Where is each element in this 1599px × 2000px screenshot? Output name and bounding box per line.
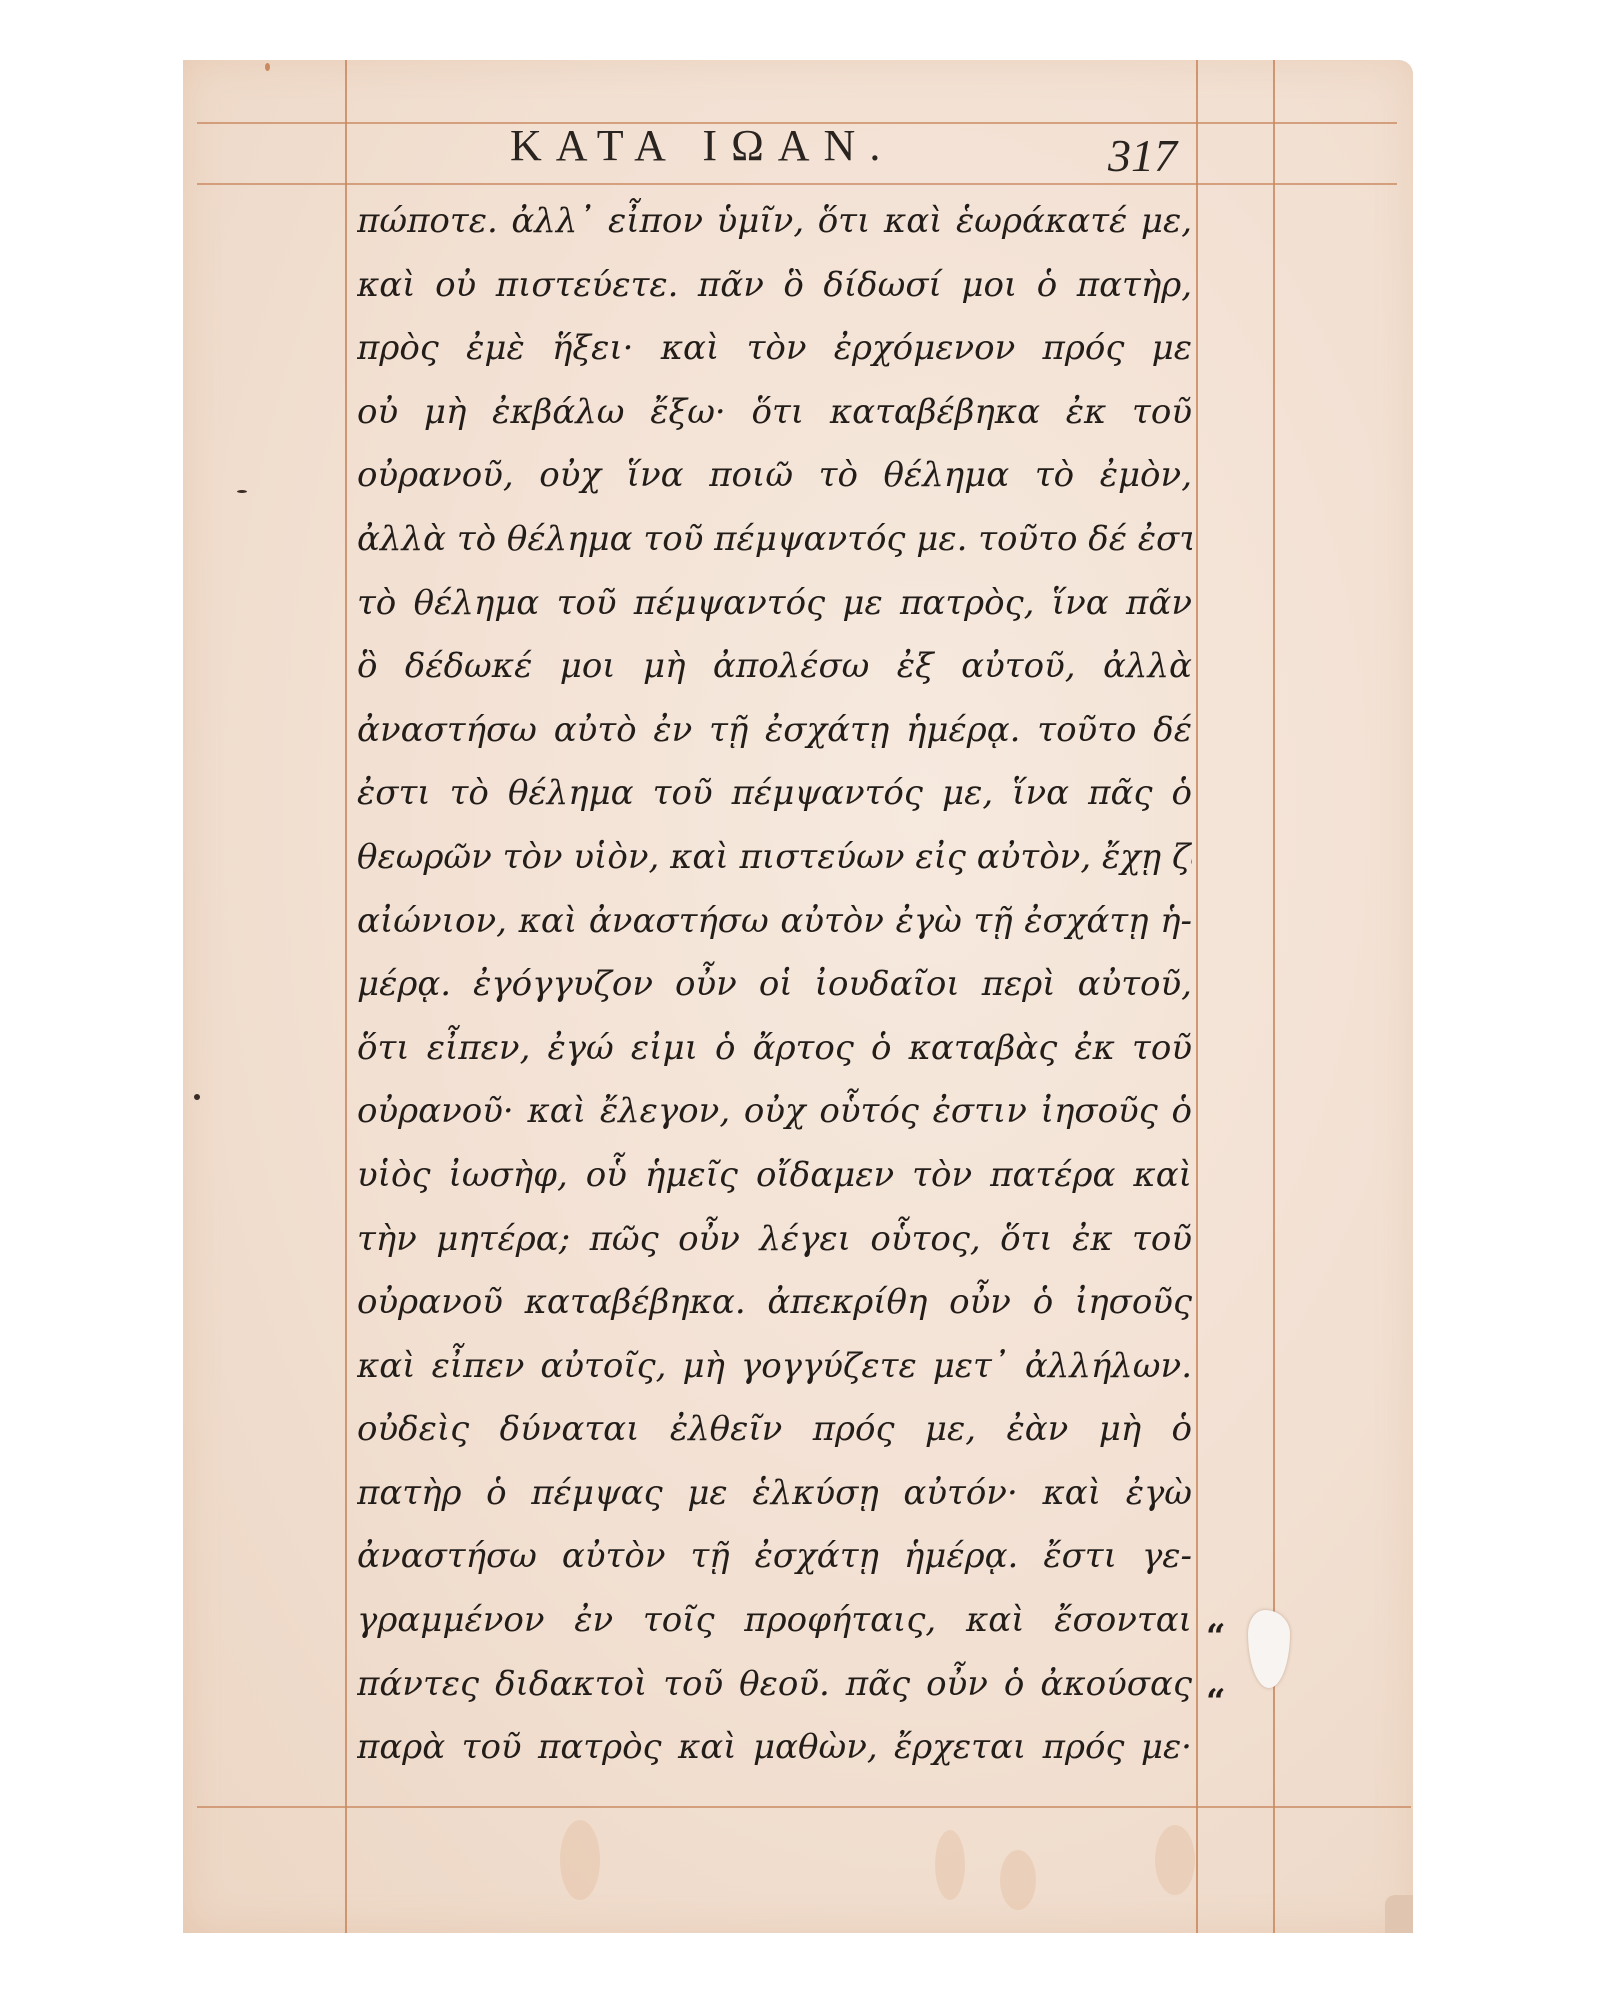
paper-speck (265, 63, 270, 71)
ink-speck (194, 1094, 200, 1100)
text-line: ἀναστήσω αὐτὸ ἐν τῇ ἐσχάτῃ ἡμέρᾳ. τοῦτο … (357, 699, 1192, 763)
ruling-line-head (197, 183, 1397, 185)
text-line: ὃ δέδωκέ μοι μὴ ἀπολέσω ἐξ αὐτοῦ, ἀλλὰ (357, 635, 1192, 699)
margin-quotation-mark: “ (1206, 1617, 1226, 1657)
paper-stain (935, 1830, 965, 1900)
paper-stain (560, 1820, 600, 1900)
text-line: υἱὸς ἰωσὴφ, οὗ ἡμεῖς οἴδαμεν τὸν πατέρα … (357, 1144, 1192, 1208)
text-line: οὐρανοῦ, οὐχ ἵνα ποιῶ τὸ θέλημα τὸ ἐμὸν, (357, 444, 1192, 508)
corner-fold (1385, 1895, 1413, 1933)
text-line: ἐστι τὸ θέλημα τοῦ πέμψαντός με, ἵνα πᾶς… (357, 762, 1192, 826)
text-line: πατὴρ ὁ πέμψας με ἑλκύσῃ αὐτόν· καὶ ἐγὼ (357, 1462, 1192, 1526)
running-head: ΚΑΤΑ ΙΩΑΝ. (510, 118, 1000, 174)
ruling-line-bottom (197, 1806, 1411, 1808)
text-line: οὐδεὶς δύναται ἐλθεῖν πρός με, ἐὰν μὴ ὁ (357, 1398, 1192, 1462)
ruling-line-left (345, 60, 347, 1933)
paper-stain (1155, 1825, 1195, 1895)
text-line: ὅτι εἶπεν, ἐγώ εἰμι ὁ ἄρτος ὁ καταβὰς ἐκ… (357, 1017, 1192, 1081)
text-line: οὐρανοῦ καταβέβηκα. ἀπεκρίθη οὖν ὁ ἰησοῦ… (357, 1271, 1192, 1335)
text-line: αἰώνιον, καὶ ἀναστήσω αὐτὸν ἐγὼ τῇ ἐσχάτ… (357, 890, 1192, 954)
text-line: τὸ θέλημα τοῦ πέμψαντός με πατρὸς, ἵνα π… (357, 572, 1192, 636)
text-line: καὶ εἶπεν αὐτοῖς, μὴ γογγύζετε μετ᾽ ἀλλή… (357, 1335, 1192, 1399)
text-line: οὐ μὴ ἐκβάλω ἔξω· ὅτι καταβέβηκα ἐκ τοῦ (357, 381, 1192, 445)
page-number: 317 (1108, 128, 1177, 184)
text-line: γραμμένον ἐν τοῖς προφήταις, καὶ ἔσονται (357, 1589, 1192, 1653)
text-line: ἀναστήσω αὐτὸν τῇ ἐσχάτῃ ἡμέρᾳ. ἔστι γε- (357, 1525, 1192, 1589)
text-line: μέρᾳ. ἐγόγγυζον οὖν οἱ ἰουδαῖοι περὶ αὐτ… (357, 953, 1192, 1017)
text-line: θεωρῶν τὸν υἱὸν, καὶ πιστεύων εἰς αὐτὸν,… (357, 826, 1192, 890)
text-line: παρὰ τοῦ πατρὸς καὶ μαθὼν, ἔρχεται πρός … (357, 1716, 1192, 1780)
text-line: πώποτε. ἀλλ᾽ εἶπον ὑμῖν, ὅτι καὶ ἑωράκατ… (357, 190, 1192, 254)
margin-quotation-mark: “ (1206, 1682, 1226, 1722)
ink-speck (237, 490, 247, 493)
text-line: πρὸς ἐμὲ ἥξει· καὶ τὸν ἐρχόμενον πρός με (357, 317, 1192, 381)
text-line: οὐρανοῦ· καὶ ἔλεγον, οὐχ οὗτός ἐστιν ἰησ… (357, 1080, 1192, 1144)
text-block: πώποτε. ἀλλ᾽ εἶπον ὑμῖν, ὅτι καὶ ἑωράκατ… (357, 190, 1192, 1780)
text-line: τὴν μητέρα; πῶς οὖν λέγει οὗτος, ὅτι ἐκ … (357, 1208, 1192, 1272)
text-line: πάντες διδακτοὶ τοῦ θεοῦ. πᾶς οὖν ὁ ἀκού… (357, 1653, 1192, 1717)
text-line: καὶ οὐ πιστεύετε. πᾶν ὃ δίδωσί μοι ὁ πατ… (357, 254, 1192, 318)
paper-stain (1000, 1850, 1036, 1910)
ruling-line-right-inner (1196, 60, 1198, 1933)
text-line: ἀλλὰ τὸ θέλημα τοῦ πέμψαντός με. τοῦτο δ… (357, 508, 1192, 572)
